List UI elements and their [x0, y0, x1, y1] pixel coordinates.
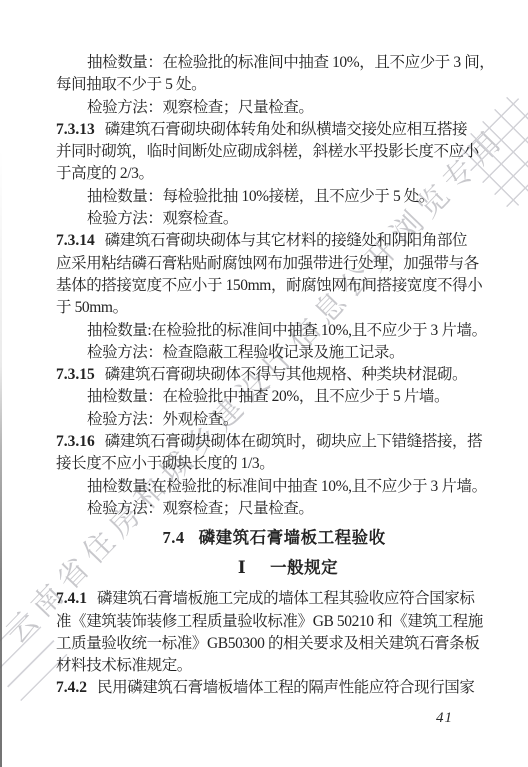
document-page: 云南省住房和城乡建设厅信息公开浏览专用 抽检数量：在检验批的标准间中抽查 10%… — [0, 0, 528, 767]
text-line: 并同时砌筑，临时间断处应砌成斜槎，斜槎水平投影长度不应小 — [56, 141, 492, 163]
text-line: 检验方法：检查隐蔽工程验收记录及施工记录。 — [56, 342, 492, 364]
subsection-heading: Ⅰ一般规定 — [70, 556, 506, 580]
section-heading-title: 磷建筑石膏墙板工程验收 — [199, 528, 386, 547]
section-heading: 7.4磷建筑石膏墙板工程验收 — [56, 526, 492, 550]
text-line: 工质量验收统一标准》GB50300 的相关要求及相关建筑石膏条板 — [56, 633, 492, 655]
text-line: 7.3.15磷建筑石膏砌块砌体不得与其他规格、种类块材混砌。 — [56, 364, 492, 386]
scan-edge-artifact — [0, 150, 2, 767]
text-line: 7.4.2民用磷建筑石膏墙板墙体工程的隔声性能应符合现行国家 — [56, 677, 492, 699]
text-line: 检验方法：观察检查；尺量检查。 — [56, 97, 492, 119]
text-line: 应采用粘结磷石膏粘贴耐腐蚀网布加强带进行处理，加强带与各 — [56, 253, 492, 275]
text-line: 7.3.16磷建筑石膏砌块砌体在砌筑时，砌块应上下错缝搭接，搭 — [56, 431, 492, 453]
section-7-3-lines: 抽检数量：在检验批的标准间中抽查 10%，且不应少于 3 间，每间抽取不少于 5… — [56, 52, 492, 520]
text-line: 于高度的 2/3。 — [56, 163, 492, 185]
text-line: 检验方法：外观检查。 — [56, 409, 492, 431]
text-line: 每间抽取不少于 5 处。 — [56, 74, 492, 96]
text-line: 7.3.13磷建筑石膏砌块砌体转角处和纵横墙交接处应相互搭接 — [56, 119, 492, 141]
text-line: 抽检数量：在检验批中抽查 20%，且不应少于 5 片墙。 — [56, 386, 492, 408]
text-line: 抽检数量：每检验批抽 10%接槎，且不应少于 5 处。 — [56, 186, 492, 208]
text-line: 准《建筑装饰装修工程质量验收标准》GB 50210 和《建筑工程施 — [56, 611, 492, 633]
section-7-4-lines: 7.4.1磷建筑石膏墙板施工完成的墙体工程其验收应符合国家标准《建筑装饰装修工程… — [56, 588, 492, 699]
clause-number: 7.4.2 — [56, 679, 87, 696]
clause-number: 7.3.13 — [56, 121, 95, 138]
text-line: 抽检数量:在检验批的标准间中抽查 10%,且不应少于 3 片墙。 — [56, 476, 492, 498]
text-line: 于 50mm。 — [56, 297, 492, 319]
text-line: 基体的搭接宽度不应小于 150mm，耐腐蚀网布间搭接宽度不得小 — [56, 275, 492, 297]
clause-number: 7.3.14 — [56, 232, 95, 249]
text-block: 抽检数量：在检验批的标准间中抽查 10%，且不应少于 3 间，每间抽取不少于 5… — [56, 52, 492, 700]
clause-number: 7.4.1 — [56, 590, 87, 607]
text-line: 材料技术标准规定。 — [56, 655, 492, 677]
page-number: 41 — [436, 710, 453, 727]
clause-number: 7.3.15 — [56, 366, 95, 383]
subsection-heading-title: 一般规定 — [270, 558, 338, 577]
text-line: 抽检数量：在检验批的标准间中抽查 10%，且不应少于 3 间， — [56, 52, 492, 74]
text-line: 检验方法：观察检查。 — [56, 208, 492, 230]
subsection-heading-number: Ⅰ — [238, 558, 246, 577]
text-line: 7.3.14磷建筑石膏砌块砌体与其它材料的接缝处和阴阳角部位 — [56, 230, 492, 252]
text-line: 抽检数量:在检验批的标准间中抽查 10%,且不应少于 3 片墙。 — [56, 320, 492, 342]
clause-number: 7.3.16 — [56, 433, 95, 450]
text-line: 接长度不应小于砌块长度的 1/3。 — [56, 453, 492, 475]
text-line: 7.4.1磷建筑石膏墙板施工完成的墙体工程其验收应符合国家标 — [56, 588, 492, 610]
text-line: 检验方法：观察检查；尺量检查。 — [56, 498, 492, 520]
section-heading-number: 7.4 — [162, 528, 184, 547]
